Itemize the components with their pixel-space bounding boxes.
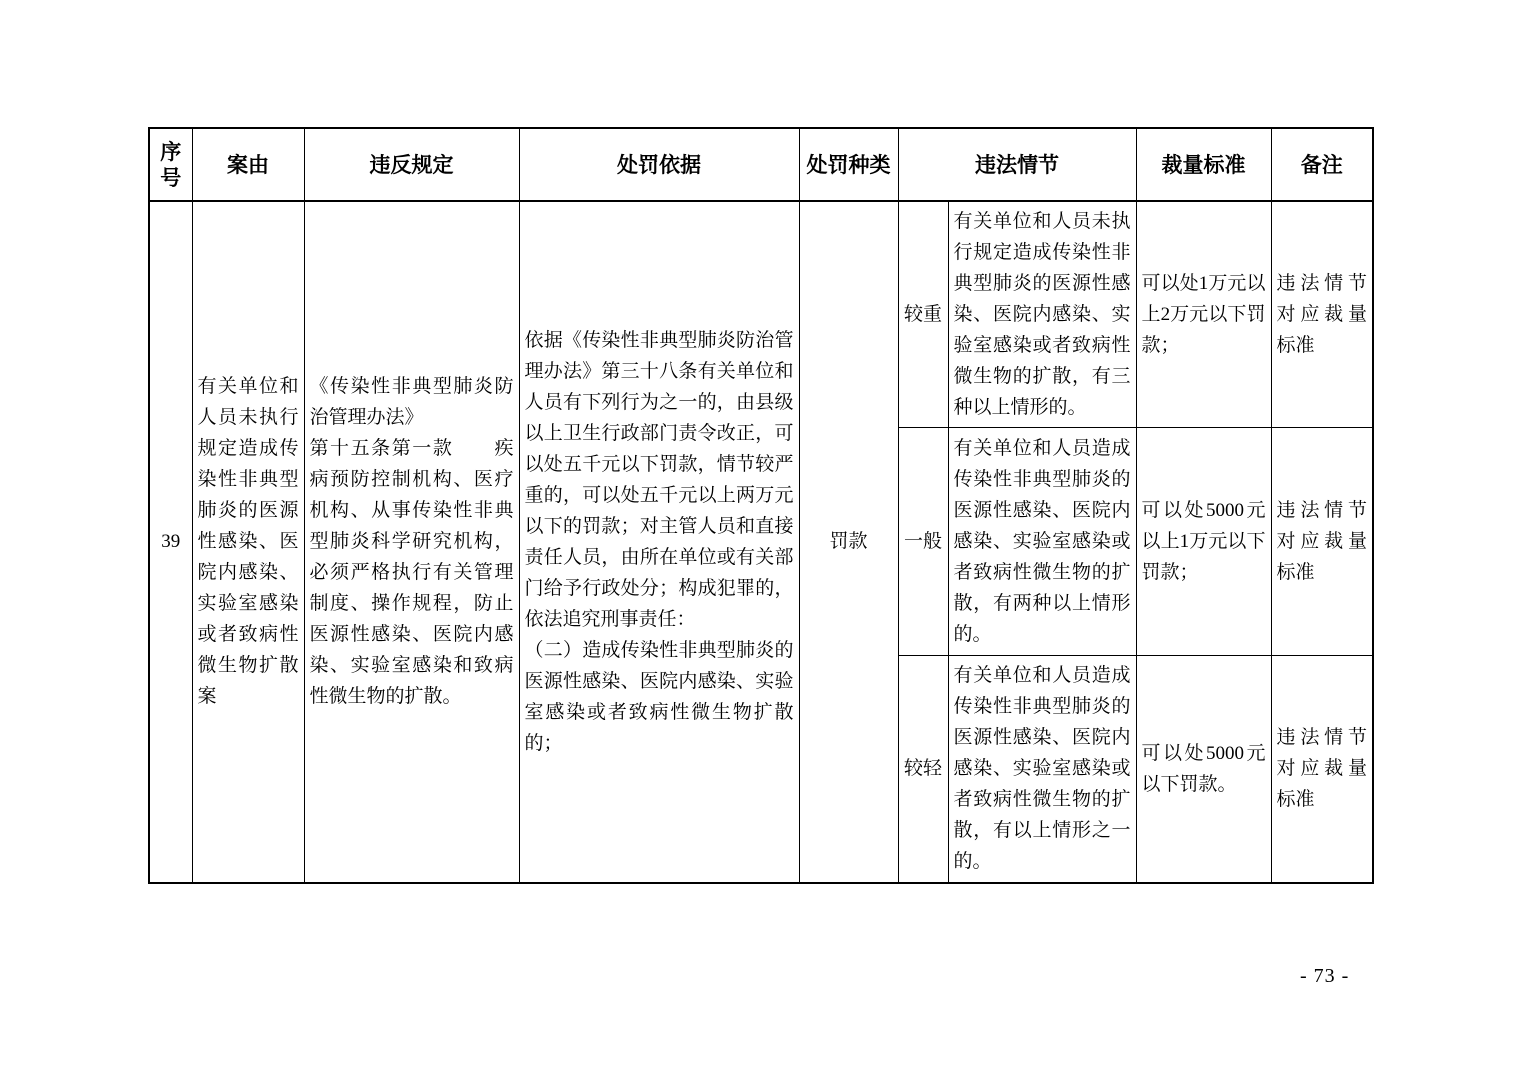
cell-standard-3: 可以处5000元以下罚款。 (1136, 656, 1271, 883)
cell-severity-3: 较轻 (898, 656, 948, 883)
document-page: { "table": { "headers": { "seq": "序号", "… (0, 0, 1520, 1074)
header-penalty-type: 处罚种类 (799, 128, 898, 201)
cell-severity-1: 较重 (898, 201, 948, 428)
cell-circumstance-2: 有关单位和人员造成传染性非典型肺炎的医源性感染、医院内感染、实验室感染或者致病性… (948, 428, 1136, 656)
cell-remark-2: 违法情节对应裁量标准 (1271, 428, 1373, 656)
cell-violated-provision: 《传染性非典型肺炎防治管理办法》 第十五条第一款 疾病预防控制机构、医疗机构、从… (304, 201, 519, 883)
cell-remark-1: 违法情节对应裁量标准 (1271, 201, 1373, 428)
penalty-basis-item: （二）造成传染性非典型肺炎的医源性感染、医院内感染、实验室感染或者致病性微生物扩… (525, 635, 794, 759)
cell-standard-1: 可以处1万元以上2万元以下罚款； (1136, 201, 1271, 428)
header-violated-provision: 违反规定 (304, 128, 519, 201)
header-standard: 裁量标准 (1136, 128, 1271, 201)
header-penalty-basis: 处罚依据 (519, 128, 799, 201)
cell-remark-3: 违法情节对应裁量标准 (1271, 656, 1373, 883)
page-number: - 73 - (1300, 965, 1349, 988)
cell-circumstance-3: 有关单位和人员造成传染性非典型肺炎的医源性感染、医院内感染、实验室感染或者致病性… (948, 656, 1136, 883)
penalty-basis-main: 依据《传染性非典型肺炎防治管理办法》第三十八条有关单位和人员有下列行为之一的，由… (525, 325, 794, 635)
penalty-discretion-table: 序号 案由 违反规定 处罚依据 处罚种类 违法情节 裁量标准 备注 39 有关单… (148, 127, 1374, 884)
violated-provision-title: 《传染性非典型肺炎防治管理办法》 (310, 371, 514, 433)
header-circumstance: 违法情节 (898, 128, 1136, 201)
table-row-severe: 39 有关单位和人员未执行规定造成传染性非典型肺炎的医源性感染、医院内感染、实验… (149, 201, 1373, 428)
table-header-row: 序号 案由 违反规定 处罚依据 处罚种类 违法情节 裁量标准 备注 (149, 128, 1373, 201)
header-case-cause: 案由 (192, 128, 304, 201)
cell-severity-2: 一般 (898, 428, 948, 656)
header-remark: 备注 (1271, 128, 1373, 201)
cell-seq: 39 (149, 201, 192, 883)
cell-standard-2: 可以处5000元以上1万元以下罚款； (1136, 428, 1271, 656)
cell-penalty-basis: 依据《传染性非典型肺炎防治管理办法》第三十八条有关单位和人员有下列行为之一的，由… (519, 201, 799, 883)
cell-circumstance-1: 有关单位和人员未执行规定造成传染性非典型肺炎的医源性感染、医院内感染、实验室感染… (948, 201, 1136, 428)
violated-provision-clause: 第十五条第一款 疾病预防控制机构、医疗机构、从事传染性非典型肺炎科学研究机构，必… (310, 433, 514, 712)
cell-penalty-type: 罚款 (799, 201, 898, 883)
cell-case-cause: 有关单位和人员未执行规定造成传染性非典型肺炎的医源性感染、医院内感染、实验室感染… (192, 201, 304, 883)
header-seq: 序号 (149, 128, 192, 201)
